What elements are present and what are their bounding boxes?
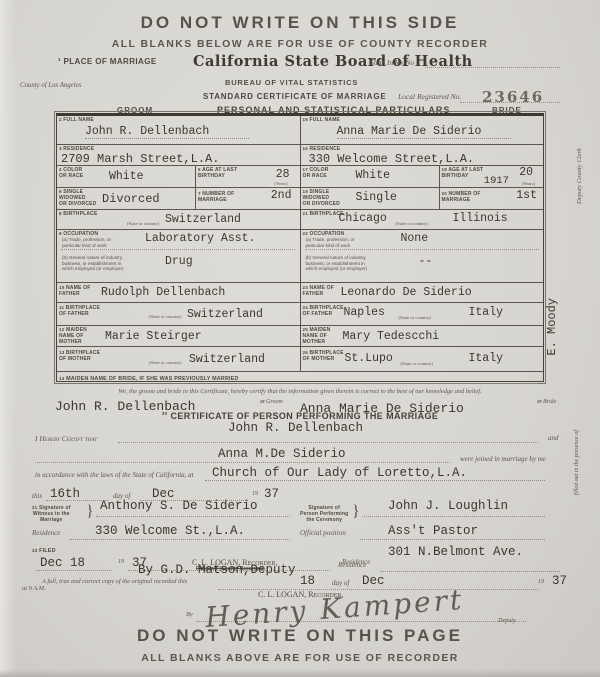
bride-father-value: Leonardo De Siderio bbox=[341, 286, 472, 299]
field-label: 17 COLOR OR RACE bbox=[303, 167, 329, 179]
bride-occupation-a-value: None bbox=[401, 232, 429, 245]
bride-marital-cell: 19 SINGLE WIDOWED OR DIVORCED Single bbox=[301, 188, 439, 209]
maiden-name-row: 14 MAIDEN NAME OF BRIDE, IF SHE WAS PREV… bbox=[57, 371, 543, 381]
certify-groom-name: John R. Dellenbach bbox=[228, 421, 363, 435]
groom-mother-value: Marie Steirger bbox=[105, 330, 202, 343]
bride-color-age-row: 17 COLOR OR RACE White 18 AGE AT LAST BI… bbox=[301, 166, 544, 188]
bride-signature-label: 29 Bride bbox=[537, 399, 556, 405]
bride-full-name-value: Anna Marie De Siderio bbox=[337, 125, 512, 139]
state-or-country-note: (State or country) bbox=[127, 221, 159, 226]
place-of-marriage-label: 1 PLACE OF MARRIAGE bbox=[58, 57, 157, 66]
bride-column: 15 FULL NAME Anna Marie De Siderio 16 RE… bbox=[301, 116, 544, 371]
bride-name-line bbox=[35, 462, 450, 463]
witness-brace: } bbox=[86, 503, 94, 521]
field-label: 23 NAME OF FATHER bbox=[303, 285, 334, 297]
field-label: 10 NAME OF FATHER bbox=[59, 285, 90, 297]
groom-full-name-value: John R. Dellenbach bbox=[85, 125, 249, 139]
bride-birthplace-city: Chicago bbox=[339, 212, 387, 225]
performer-certificate-heading: 30 CERTIFICATE OF PERSON PERFORMING THE … bbox=[0, 411, 600, 421]
groom-marital-value: Divorced bbox=[102, 192, 160, 206]
state-or-country-note: (State or country) bbox=[399, 315, 431, 320]
bride-mother-bp-state: Italy bbox=[469, 352, 504, 365]
field-label: 4 COLOR OR RACE bbox=[59, 167, 83, 179]
state-index-blank-line bbox=[425, 67, 560, 68]
bride-age-cell: 18 AGE AT LAST BIRTHDAY 20 1917 (Years) bbox=[439, 166, 544, 187]
certify-statement: We, the groom and bride in this Certific… bbox=[50, 388, 550, 395]
groom-age-cell: 5 AGE AT LAST BIRTHDAY 28 (Years) bbox=[195, 166, 300, 187]
bride-father-bp-state: Italy bbox=[469, 306, 504, 319]
filed-19-label: 19 bbox=[118, 559, 124, 565]
this-label: this bbox=[32, 492, 42, 500]
field-label: 26 BIRTHPLACE OF MOTHER bbox=[303, 350, 344, 362]
and-label: and bbox=[548, 434, 559, 442]
bride-occupation-row: 22 OCCUPATION (a) Trade, profession, or … bbox=[301, 230, 544, 283]
groom-full-name-row: 2 FULL NAME John R. Dellenbach bbox=[57, 116, 300, 145]
groom-father-bp-row: 11 BIRTHPLACE OF FATHER (State or countr… bbox=[57, 303, 300, 326]
field-label: 15 FULL NAME bbox=[303, 117, 341, 123]
state-or-country-note: (State or country) bbox=[149, 314, 181, 319]
groom-birthplace-row: 8 BIRTHPLACE (State or country) Switzerl… bbox=[57, 210, 300, 230]
do-not-write-heading: DO NOT WRITE ON THIS SIDE bbox=[0, 13, 600, 33]
by-label: By bbox=[186, 611, 193, 618]
performer-residence-line bbox=[380, 571, 560, 572]
groom-occupation-a-value: Laboratory Asst. bbox=[145, 232, 255, 245]
state-or-country-note: (State or country) bbox=[149, 360, 181, 365]
official-position-value: Ass't Pastor bbox=[388, 524, 478, 538]
field-label: 2 FULL NAME bbox=[59, 117, 94, 123]
filed-date-line bbox=[36, 570, 112, 571]
groom-color-age-row: 4 COLOR OR RACE White 5 AGE AT LAST BIRT… bbox=[57, 166, 300, 188]
copy-month-value: Dec bbox=[362, 574, 385, 588]
bride-mother-row: 25 MAIDEN NAME OF MOTHER Mary Tedescchi bbox=[301, 326, 544, 347]
true-copy-label: A full, true and correct copy of the ori… bbox=[42, 578, 187, 585]
state-or-country-note: (State or country) bbox=[401, 361, 433, 366]
state-or-country-note: (State or country) bbox=[396, 221, 428, 226]
bride-marital-row: 19 SINGLE WIDOWED OR DIVORCED Single 20 … bbox=[301, 188, 544, 210]
years-note: (Years) bbox=[274, 181, 287, 186]
bride-residence-row: 16 RESIDENCE 330 Welcome Street,L.A. bbox=[301, 145, 544, 166]
marriage-certificate-scan: DO NOT WRITE ON THIS SIDE ALL BLANKS BEL… bbox=[0, 0, 600, 677]
groom-color-value: White bbox=[109, 170, 144, 183]
occupation-a-line bbox=[61, 249, 295, 250]
field-label: 8 BIRTHPLACE bbox=[59, 211, 98, 217]
field-label: 5 AGE AT LAST BIRTHDAY bbox=[198, 167, 237, 179]
field-label: 11 BIRTHPLACE OF FATHER bbox=[59, 305, 100, 317]
bride-marriage-number-value: 1st bbox=[516, 189, 537, 202]
scan-left-edge bbox=[0, 0, 16, 677]
filed-date-value: Dec 18 bbox=[40, 556, 85, 570]
year-19-label: 19 bbox=[252, 491, 258, 497]
groom-residence-value: 2709 Marsh Street,L.A. bbox=[61, 152, 219, 166]
groom-name-line bbox=[118, 442, 538, 443]
witness-name-value: Anthony S. De Siderio bbox=[100, 499, 258, 513]
field-num: 1 bbox=[58, 57, 61, 62]
groom-age-value: 28 bbox=[276, 168, 290, 181]
groom-residence-row: 3 RESIDENCE 2709 Marsh Street,L.A. bbox=[57, 145, 300, 166]
day-line bbox=[46, 500, 108, 501]
groom-birthplace-value: Switzerland bbox=[165, 213, 241, 226]
marriage-day-value: 16th bbox=[50, 487, 80, 501]
field-label: 12 MAIDEN NAME OF MOTHER bbox=[59, 327, 87, 345]
local-registered-label: Local Registered No. bbox=[398, 92, 461, 101]
scan-bottom-edge bbox=[0, 669, 600, 677]
field-label: 24 BIRTHPLACE OF FATHER bbox=[303, 305, 344, 317]
hereby-certify-label: I Hereby Certify that bbox=[35, 434, 97, 443]
groom-marital-cell: 6 SINGLE WIDOWED OR DIVORCED Divorced bbox=[57, 188, 195, 209]
local-registered-number: 23646 bbox=[482, 88, 544, 106]
copy-day-value: 18 bbox=[300, 574, 315, 588]
occupation-a-label: (a) Trade, profession, or particular kin… bbox=[62, 237, 111, 248]
bureau-label: BUREAU OF VITAL STATISTICS bbox=[225, 78, 358, 87]
certify-bride-name: Anna M.De Siderio bbox=[218, 447, 346, 461]
field-label: 19 SINGLE WIDOWED OR DIVORCED bbox=[303, 189, 340, 207]
clerk-signature-vertical: E. Moody bbox=[545, 298, 559, 356]
years-note: (Years) bbox=[522, 181, 535, 186]
bride-color-cell: 17 COLOR OR RACE White bbox=[301, 166, 439, 187]
witness-residence-value: 330 Welcome St.,L.A. bbox=[95, 524, 245, 538]
standard-certificate-label: STANDARD CERTIFICATE OF MARRIAGE bbox=[203, 92, 387, 101]
at-time-label: at 9 A.M. bbox=[22, 585, 46, 592]
performer-name-value: John J. Loughlin bbox=[388, 499, 508, 513]
field-label: 7 NUMBER OF MARRIAGE bbox=[198, 191, 234, 203]
field-label: 6 SINGLE WIDOWED OR DIVORCED bbox=[59, 189, 96, 207]
groom-occupation-row: 9 OCCUPATION (a) Trade, profession, or p… bbox=[57, 230, 300, 283]
field-label: 14 MAIDEN NAME OF BRIDE, IF SHE WAS PREV… bbox=[59, 376, 239, 382]
groom-occupation-b-value: Drug bbox=[165, 255, 193, 268]
presence-note-vertical: filled out in the presence of bbox=[574, 430, 580, 495]
bride-occupation-b-value: -- bbox=[419, 255, 433, 268]
bride-age-value: 20 bbox=[519, 166, 533, 179]
bride-full-name-row: 15 FULL NAME Anna Marie De Siderio bbox=[301, 116, 544, 145]
groom-marriage-number-cell: 7 NUMBER OF MARRIAGE 2nd bbox=[195, 188, 300, 209]
bride-mother-value: Mary Tedescchi bbox=[343, 330, 440, 343]
occupation-b-label: (b) General nature of industry, business… bbox=[62, 255, 124, 272]
by-deputy-value: By G.D. Matson,Deputy bbox=[138, 563, 296, 577]
all-blanks-footer: ALL BLANKS ABOVE ARE FOR USE OF RECORDER bbox=[0, 652, 600, 664]
copy-day-of-label: day of bbox=[332, 579, 349, 587]
marriage-year-value: 37 bbox=[264, 487, 279, 501]
bride-color-value: White bbox=[356, 169, 391, 182]
groom-marriage-number-value: 2nd bbox=[271, 189, 292, 202]
bride-age-year-value: 1917 bbox=[484, 175, 509, 187]
performer-brace: } bbox=[352, 503, 360, 521]
joined-in-marriage-label: were joined in marriage by me bbox=[460, 455, 546, 463]
county-label: County of Los Angeles bbox=[20, 82, 81, 89]
occupation-a-line bbox=[305, 249, 539, 250]
groom-mother-bp-row: 13 BIRTHPLACE OF MOTHER (State or countr… bbox=[57, 347, 300, 371]
bride-mother-bp-row: 26 BIRTHPLACE OF MOTHER St.Lupo (State o… bbox=[301, 347, 544, 371]
official-position-line bbox=[360, 539, 545, 540]
groom-column: 2 FULL NAME John R. Dellenbach 3 RESIDEN… bbox=[57, 116, 301, 371]
deputy-county-clerk-label: Deputy County Clerk bbox=[576, 148, 583, 204]
filed-residence-label: Residence bbox=[342, 558, 370, 566]
bride-father-bp-row: 24 BIRTHPLACE OF FATHER Naples (State or… bbox=[301, 303, 544, 326]
accordance-label: in accordance with the laws of the State… bbox=[35, 471, 194, 479]
filed-label: 33 FILED bbox=[32, 548, 56, 554]
performer-signature-line bbox=[362, 516, 545, 517]
field-label: 25 MAIDEN NAME OF MOTHER bbox=[303, 327, 331, 345]
witness-signature-label: 31 Signature of Witness to the Marriage bbox=[32, 505, 71, 523]
groom-color-cell: 4 COLOR OR RACE White bbox=[57, 166, 195, 187]
groom-mother-row: 12 MAIDEN NAME OF MOTHER Marie Steirger bbox=[57, 326, 300, 347]
bride-birthplace-state: Illinois bbox=[453, 212, 508, 225]
particulars-table: 2 FULL NAME John R. Dellenbach 3 RESIDEN… bbox=[56, 113, 544, 382]
do-not-write-footer: DO NOT WRITE ON THIS PAGE bbox=[0, 626, 600, 646]
bride-residence-value: 330 Welcome Street,L.A. bbox=[309, 152, 475, 166]
bride-birthplace-row: 21 BIRTHPLACE Chicago (State or country)… bbox=[301, 210, 544, 230]
all-blanks-heading: ALL BLANKS BELOW ARE FOR USE OF COUNTY R… bbox=[0, 38, 600, 50]
copy-year-value: 37 bbox=[552, 574, 567, 588]
table-columns: 2 FULL NAME John R. Dellenbach 3 RESIDEN… bbox=[57, 116, 543, 371]
maiden-name-blank-line bbox=[237, 383, 537, 384]
witness-signature-line bbox=[96, 516, 290, 517]
bride-father-row: 23 NAME OF FATHER Leonardo De Siderio bbox=[301, 283, 544, 303]
field-label: 20 NUMBER OF MARRIAGE bbox=[442, 191, 481, 203]
bride-mother-bp-city: St.Lupo bbox=[345, 352, 393, 365]
performer-residence-value: 301 N.Belmont Ave. bbox=[388, 545, 523, 559]
field-label: 18 AGE AT LAST BIRTHDAY bbox=[442, 167, 484, 179]
occupation-a-label: (a) Trade, profession, or particular kin… bbox=[306, 237, 355, 248]
witness-residence-label: Residence bbox=[32, 529, 60, 537]
marriage-place-value: Church of Our Lady of Loretto,L.A. bbox=[212, 466, 467, 480]
bride-marriage-number-cell: 20 NUMBER OF MARRIAGE 1st bbox=[439, 188, 544, 209]
witness-residence-line bbox=[70, 539, 290, 540]
copy-19-label: 19 bbox=[538, 579, 544, 585]
groom-father-value: Rudolph Dellenbach bbox=[101, 286, 225, 299]
official-position-label: Official position bbox=[300, 529, 346, 537]
deputy-label: Deputy bbox=[498, 617, 516, 624]
groom-signature-label: 28 Groom bbox=[260, 399, 283, 405]
performer-signature-label: Signature of Person Performing the Cerem… bbox=[300, 505, 348, 523]
bride-father-bp-city: Naples bbox=[344, 306, 385, 319]
bride-marital-value: Single bbox=[356, 191, 397, 204]
state-index-label: State Index No bbox=[370, 58, 414, 67]
groom-father-bp-value: Switzerland bbox=[187, 308, 263, 321]
place-line bbox=[205, 480, 545, 481]
groom-marital-row: 6 SINGLE WIDOWED OR DIVORCED Divorced 7 … bbox=[57, 188, 300, 210]
groom-mother-bp-value: Switzerland bbox=[189, 353, 265, 366]
occupation-b-label: (b) General nature of industry, business… bbox=[306, 255, 368, 272]
field-label: 13 BIRTHPLACE OF MOTHER bbox=[59, 350, 100, 362]
groom-father-row: 10 NAME OF FATHER Rudolph Dellenbach bbox=[57, 283, 300, 303]
